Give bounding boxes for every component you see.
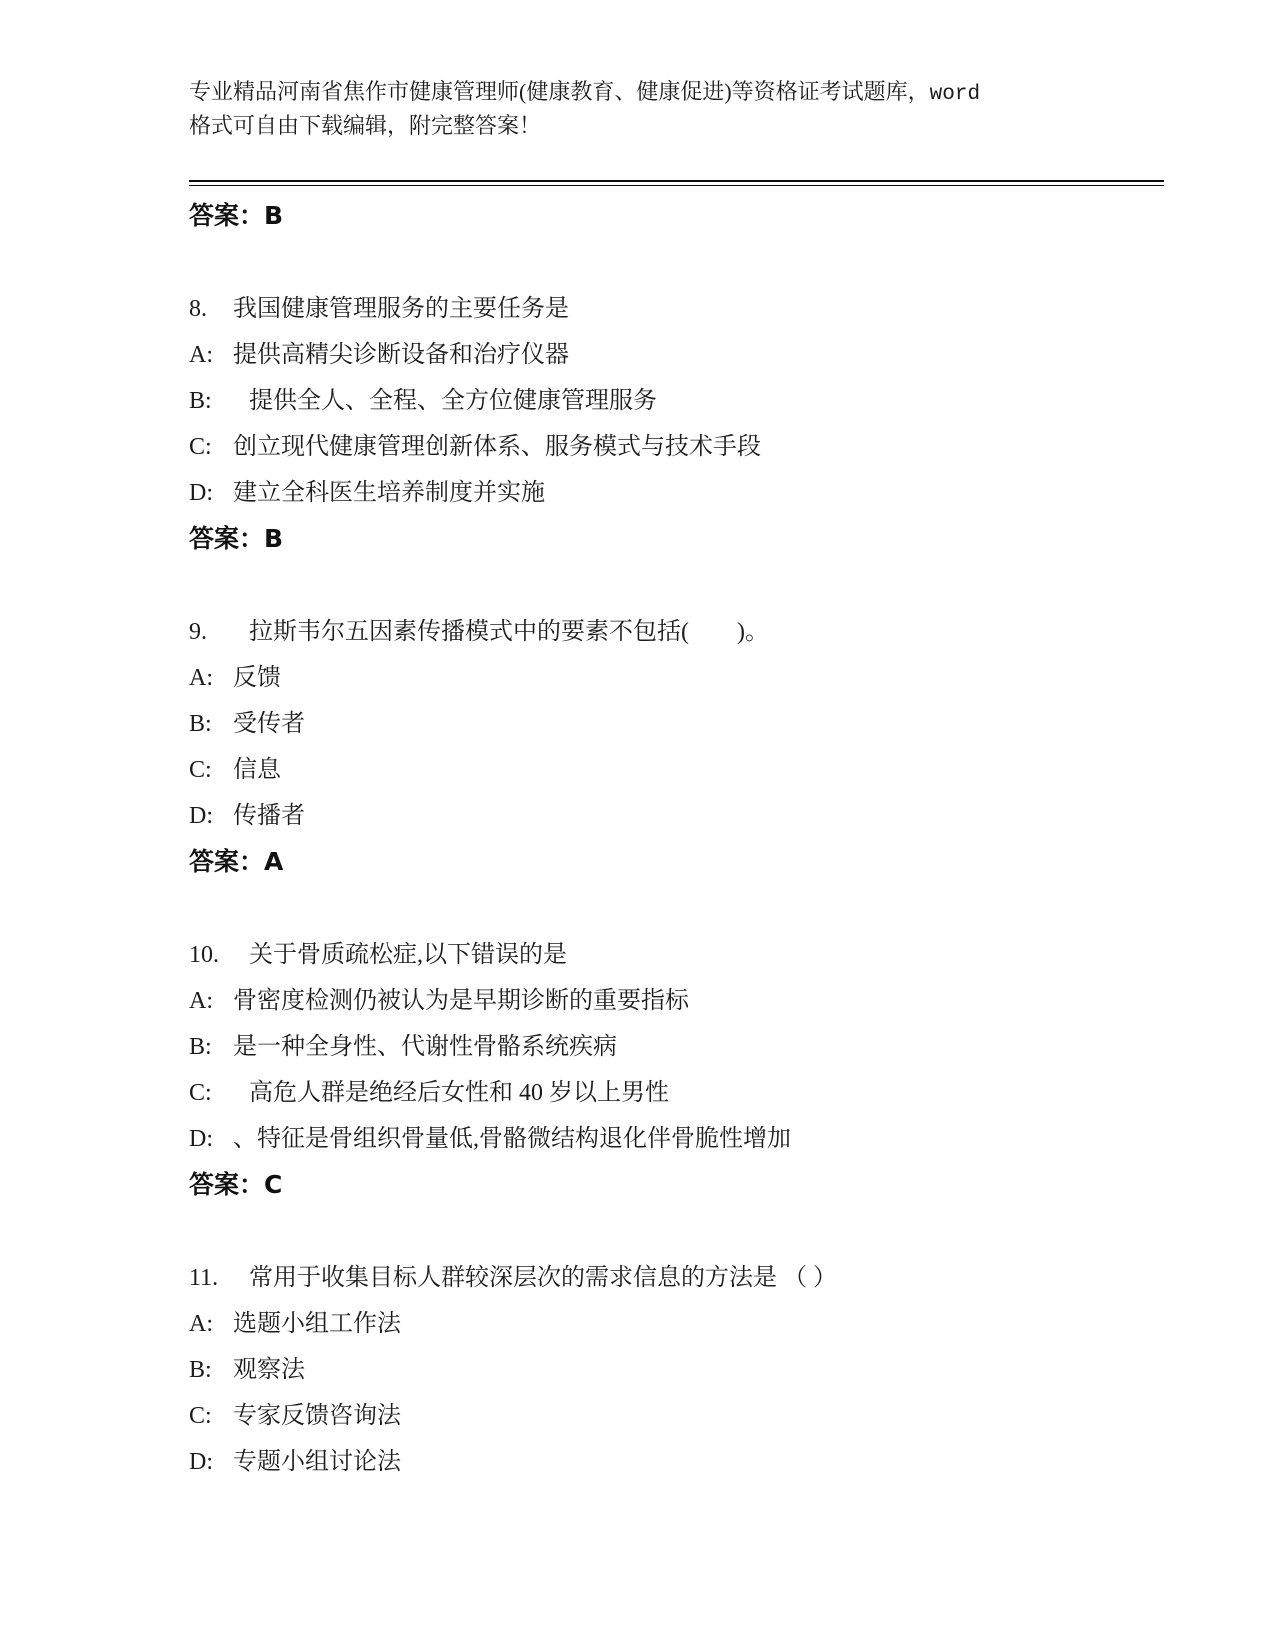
option-line: B:是一种全身性、代谢性骨骼系统疾病 — [189, 1024, 1164, 1070]
option-text: 高危人群是绝经后女性和 40 岁以上男性 — [249, 1080, 669, 1106]
option-label: A: — [189, 1301, 233, 1347]
question-number: 10. — [189, 932, 249, 978]
option-text: 选题小组工作法 — [233, 1311, 401, 1337]
option-line: D:传播者 — [189, 793, 1164, 839]
option-text: 创立现代健康管理创新体系、服务模式与技术手段 — [233, 434, 761, 460]
option-text: 提供高精尖诊断设备和治疗仪器 — [233, 342, 569, 368]
option-label: D: — [189, 793, 233, 839]
option-line: D:建立全科医生培养制度并实施 — [189, 470, 1164, 516]
option-label: A: — [189, 332, 233, 378]
option-label: D: — [189, 1439, 233, 1485]
question-block: 8.我国健康管理服务的主要任务是 A:提供高精尖诊断设备和治疗仪器 B:提供全人… — [189, 286, 1164, 562]
option-label: B: — [189, 701, 233, 747]
option-line: D:专题小组讨论法 — [189, 1439, 1164, 1485]
option-line: B:提供全人、全程、全方位健康管理服务 — [189, 378, 1164, 424]
option-line: B:观察法 — [189, 1347, 1164, 1393]
answer-line: 答案：C — [189, 1162, 1164, 1208]
question-number: 8. — [189, 286, 233, 332]
header-line-1-text: 专业精品河南省焦作市健康管理师(健康教育、健康促进)等资格证考试题库， — [189, 79, 930, 104]
option-line: A:骨密度检测仍被认为是早期诊断的重要指标 — [189, 978, 1164, 1024]
question-title: 9.拉斯韦尔五因素传播模式中的要素不包括( )。 — [189, 609, 1164, 655]
option-text: 信息 — [233, 757, 281, 783]
page-content: 专业精品河南省焦作市健康管理师(健康教育、健康促进)等资格证考试题库，word … — [0, 0, 1164, 1485]
option-label: D: — [189, 1116, 233, 1162]
option-label: B: — [189, 1024, 233, 1070]
option-label: D: — [189, 470, 233, 516]
document-page: 专业精品河南省焦作市健康管理师(健康教育、健康促进)等资格证考试题库，word … — [0, 0, 1275, 1650]
option-line: D:、特征是骨组织骨量低,骨骼微结构退化伴骨脆性增加 — [189, 1116, 1164, 1162]
option-text: 反馈 — [233, 665, 281, 691]
page-header: 专业精品河南省焦作市健康管理师(健康教育、健康促进)等资格证考试题库，word … — [189, 76, 1164, 141]
option-line: B:受传者 — [189, 701, 1164, 747]
option-text: 、特征是骨组织骨量低,骨骼微结构退化伴骨脆性增加 — [233, 1126, 791, 1152]
option-text: 提供全人、全程、全方位健康管理服务 — [249, 388, 657, 414]
option-text: 建立全科医生培养制度并实施 — [233, 480, 545, 506]
option-line: C:专家反馈咨询法 — [189, 1393, 1164, 1439]
option-line: A:反馈 — [189, 655, 1164, 701]
header-line-2: 格式可自由下载编辑，附完整答案！ — [189, 110, 1164, 141]
question-title: 10.关于骨质疏松症,以下错误的是 — [189, 932, 1164, 978]
answer-line: 答案：B — [189, 516, 1164, 562]
option-label: C: — [189, 747, 233, 793]
option-text: 受传者 — [233, 711, 305, 737]
question-title: 11.常用于收集目标人群较深层次的需求信息的方法是 （ ） — [189, 1255, 1164, 1301]
option-text: 专家反馈咨询法 — [233, 1403, 401, 1429]
header-line-2-text: 格式可自由下载编辑，附完整答案！ — [189, 113, 541, 138]
option-text: 是一种全身性、代谢性骨骼系统疾病 — [233, 1034, 617, 1060]
question-title: 8.我国健康管理服务的主要任务是 — [189, 286, 1164, 332]
header-line-1: 专业精品河南省焦作市健康管理师(健康教育、健康促进)等资格证考试题库，word — [189, 76, 1164, 110]
option-line: A:选题小组工作法 — [189, 1301, 1164, 1347]
option-label: C: — [189, 1393, 233, 1439]
option-label: B: — [189, 1347, 233, 1393]
option-label: C: — [189, 1070, 249, 1116]
question-title-text: 我国健康管理服务的主要任务是 — [233, 296, 569, 322]
option-text: 骨密度检测仍被认为是早期诊断的重要指标 — [233, 988, 689, 1014]
option-label: B: — [189, 378, 249, 424]
question-block: 9.拉斯韦尔五因素传播模式中的要素不包括( )。 A:反馈 B:受传者 C:信息… — [189, 609, 1164, 885]
option-text: 传播者 — [233, 803, 305, 829]
option-line: C:高危人群是绝经后女性和 40 岁以上男性 — [189, 1070, 1164, 1116]
question-title-text: 关于骨质疏松症,以下错误的是 — [249, 942, 567, 968]
option-label: A: — [189, 655, 233, 701]
answer-line: 答案：A — [189, 839, 1164, 885]
question-number: 9. — [189, 609, 249, 655]
header-divider — [189, 180, 1164, 186]
option-label: A: — [189, 978, 233, 1024]
option-line: C:信息 — [189, 747, 1164, 793]
option-line: C:创立现代健康管理创新体系、服务模式与技术手段 — [189, 424, 1164, 470]
question-block: 11.常用于收集目标人群较深层次的需求信息的方法是 （ ） A:选题小组工作法 … — [189, 1255, 1164, 1485]
question-block: 10.关于骨质疏松症,以下错误的是 A:骨密度检测仍被认为是早期诊断的重要指标 … — [189, 932, 1164, 1208]
question-title-text: 拉斯韦尔五因素传播模式中的要素不包括( )。 — [249, 619, 769, 645]
option-line: A:提供高精尖诊断设备和治疗仪器 — [189, 332, 1164, 378]
question-number: 11. — [189, 1255, 249, 1301]
header-line-1-latin: word — [930, 83, 980, 106]
orphan-answer-line: 答案：B — [189, 193, 1164, 239]
question-title-text: 常用于收集目标人群较深层次的需求信息的方法是 （ ） — [249, 1265, 837, 1291]
option-label: C: — [189, 424, 233, 470]
option-text: 专题小组讨论法 — [233, 1449, 401, 1475]
option-text: 观察法 — [233, 1357, 305, 1383]
